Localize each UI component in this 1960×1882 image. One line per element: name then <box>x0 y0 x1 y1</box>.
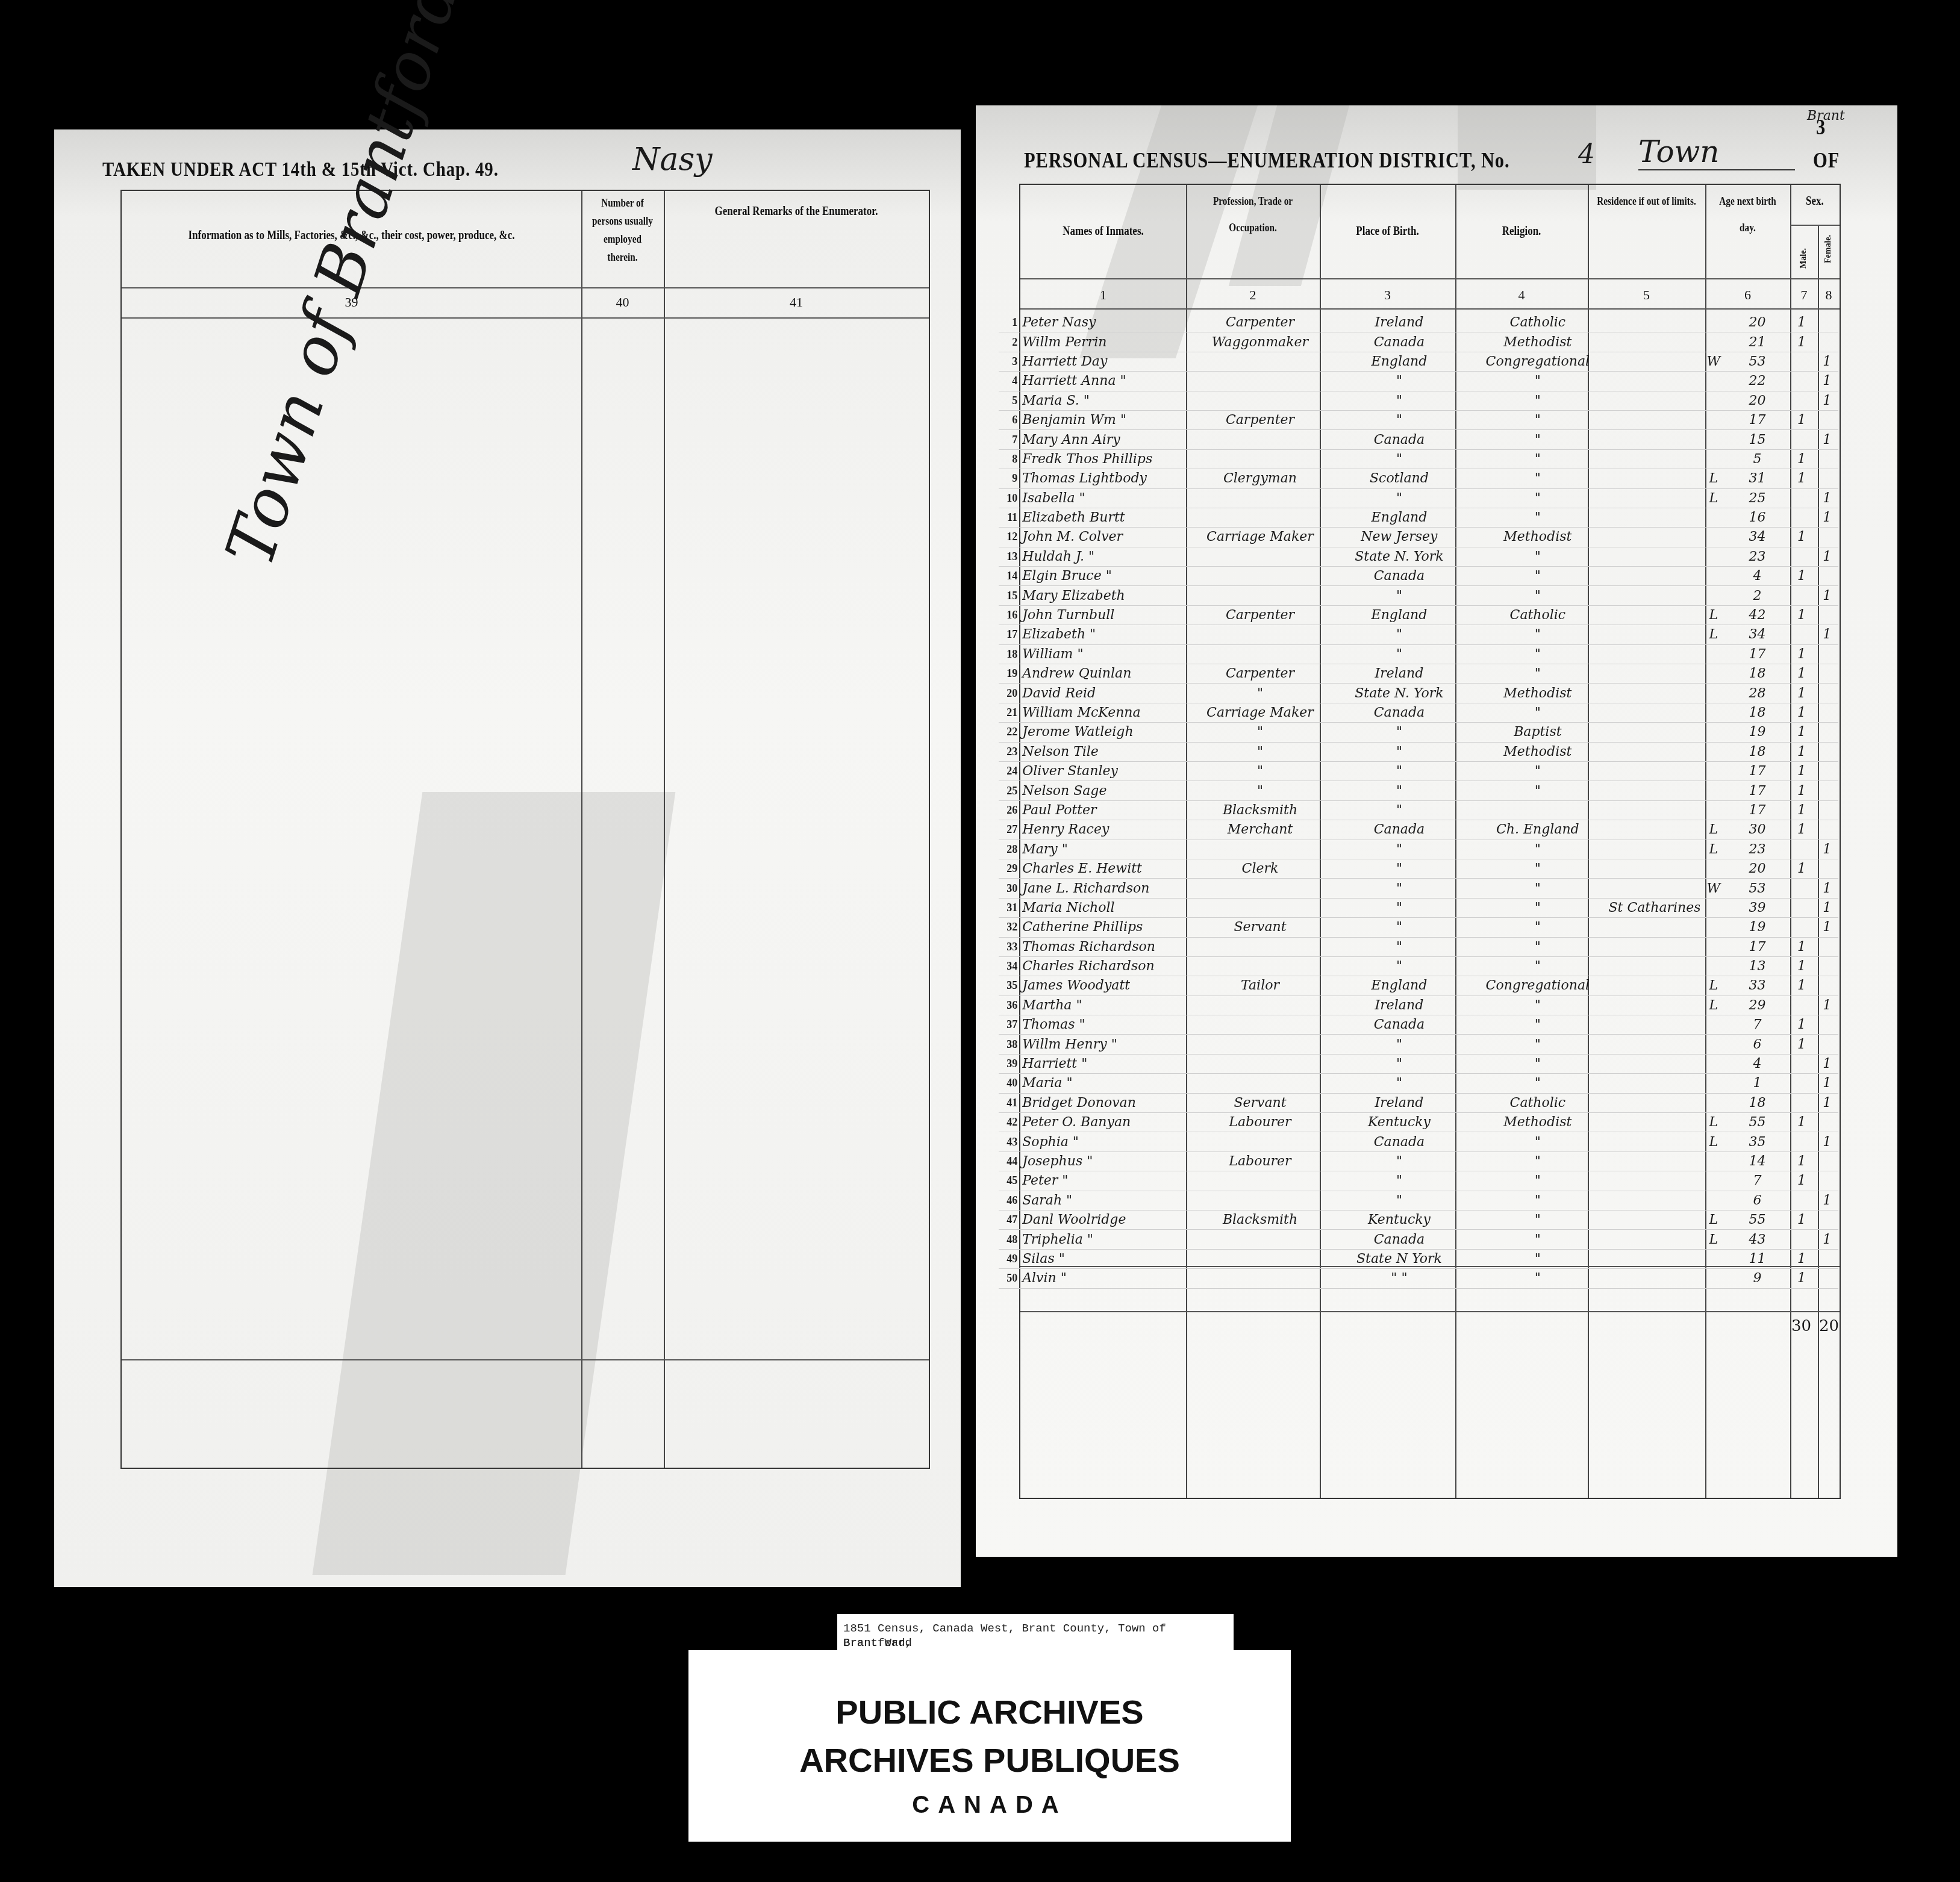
male-tally <box>1787 508 1816 527</box>
female-tally <box>1816 703 1838 722</box>
col-6-number: 6 <box>1705 287 1790 303</box>
row-number: 9 <box>999 469 1020 488</box>
census-row: 50Alvin "" ""91 <box>999 1269 1838 1288</box>
occupation: Tailor <box>1191 976 1329 996</box>
inmate-name: Thomas " <box>1020 1015 1191 1035</box>
birthplace: " <box>1329 1035 1470 1054</box>
marital-mark: L <box>1700 625 1728 644</box>
row-number: 35 <box>999 976 1020 996</box>
age: 20 <box>1727 313 1787 332</box>
residence <box>1606 1210 1700 1229</box>
age: 17 <box>1727 410 1787 429</box>
religion: Catholic <box>1469 1093 1606 1112</box>
inmate-name: Peter " <box>1020 1171 1191 1191</box>
female-tally <box>1816 605 1838 625</box>
religion: Methodist <box>1469 332 1606 352</box>
archive-line-french: ARCHIVES PUBLIQUES <box>688 1740 1291 1780</box>
inmate-name: Maria " <box>1020 1074 1191 1093</box>
male-tally: 1 <box>1787 1210 1816 1229</box>
occupation <box>1191 1035 1329 1054</box>
row-number: 23 <box>999 742 1020 761</box>
religion: Catholic <box>1469 313 1606 332</box>
marital-mark <box>1700 391 1728 410</box>
marital-mark: L <box>1700 996 1728 1015</box>
age: 13 <box>1727 956 1787 976</box>
male-tally <box>1787 840 1816 859</box>
inmate-name: Triphelia " <box>1020 1230 1191 1249</box>
row-number: 24 <box>999 761 1020 781</box>
occupation <box>1191 1191 1329 1210</box>
row-number: 38 <box>999 1035 1020 1054</box>
male-tally: 1 <box>1787 723 1816 742</box>
female-tally <box>1816 742 1838 761</box>
occupation: Carpenter <box>1191 664 1329 684</box>
marital-mark: L <box>1700 488 1728 508</box>
male-tally: 1 <box>1787 449 1816 469</box>
row-number: 1 <box>999 313 1020 332</box>
occupation <box>1191 625 1329 644</box>
birthplace: Kentucky <box>1329 1113 1470 1132</box>
birthplace: " <box>1329 644 1470 664</box>
birthplace: England <box>1329 508 1470 527</box>
left-header-handwritten: Nasy <box>632 142 713 178</box>
male-tally: 1 <box>1787 956 1816 976</box>
inmate-name: James Woodyatt <box>1020 976 1191 996</box>
occupation: Blacksmith <box>1191 800 1329 820</box>
marital-mark <box>1700 430 1728 449</box>
residence <box>1606 703 1700 722</box>
religion: " <box>1469 1074 1606 1093</box>
residence <box>1606 547 1700 566</box>
row-number: 20 <box>999 684 1020 703</box>
left-page: TAKEN UNDER ACT 14th & 15th Vict. Chap. … <box>54 129 961 1587</box>
religion: " <box>1469 449 1606 469</box>
male-tally: 1 <box>1787 644 1816 664</box>
inmate-name: Catherine Phillips <box>1020 918 1191 937</box>
religion: " <box>1469 430 1606 449</box>
birthplace: " <box>1329 761 1470 781</box>
religion: " <box>1469 391 1606 410</box>
male-tally <box>1787 1230 1816 1249</box>
birthplace: Canada <box>1329 1132 1470 1151</box>
male-tally: 1 <box>1787 820 1816 840</box>
birthplace: " <box>1329 372 1470 391</box>
census-row: 32Catherine PhillipsServant""191 <box>999 918 1838 937</box>
occupation: " <box>1191 742 1329 761</box>
religion: " <box>1469 879 1606 898</box>
residence <box>1606 996 1700 1015</box>
census-row: 38Willm Henry """61 <box>999 1035 1838 1054</box>
birthplace: Canada <box>1329 430 1470 449</box>
inmate-name: Elizabeth Burtt <box>1020 508 1191 527</box>
occupation <box>1191 547 1329 566</box>
inmate-name: Charles Richardson <box>1020 956 1191 976</box>
census-row: 6Benjamin Wm "Carpenter""171 <box>999 410 1838 429</box>
birthplace: " <box>1329 410 1470 429</box>
age: 17 <box>1727 644 1787 664</box>
marital-mark: L <box>1700 976 1728 996</box>
religion: " <box>1469 1210 1606 1229</box>
occupation <box>1191 488 1329 508</box>
birthplace: New Jersey <box>1329 528 1470 547</box>
residence <box>1606 313 1700 332</box>
residence <box>1606 372 1700 391</box>
occupation: Merchant <box>1191 820 1329 840</box>
religion: " <box>1469 1015 1606 1035</box>
col-4-number: 4 <box>1455 287 1588 303</box>
male-tally <box>1787 586 1816 605</box>
birthplace: " <box>1329 742 1470 761</box>
census-row: 34Charles Richardson""131 <box>999 956 1838 976</box>
male-tally: 1 <box>1787 1171 1816 1191</box>
inmate-name: Henry Racey <box>1020 820 1191 840</box>
religion: " <box>1469 625 1606 644</box>
religion: Methodist <box>1469 742 1606 761</box>
census-row: 2Willm PerrinWaggonmakerCanadaMethodist2… <box>999 332 1838 352</box>
inmate-name: Mary Elizabeth <box>1020 586 1191 605</box>
occupation <box>1191 1054 1329 1073</box>
female-tally: 1 <box>1816 352 1838 371</box>
residence <box>1606 625 1700 644</box>
census-row: 29Charles E. HewittClerk""201 <box>999 859 1838 878</box>
occupation: " <box>1191 781 1329 800</box>
inmate-name: Thomas Richardson <box>1020 937 1191 956</box>
marital-mark <box>1700 859 1728 878</box>
male-tally: 1 <box>1787 605 1816 625</box>
male-tally <box>1787 372 1816 391</box>
page-number: 3 <box>1816 114 1826 140</box>
female-tally <box>1816 800 1838 820</box>
census-row: 9Thomas LightbodyClergymanScotland"L311 <box>999 469 1838 488</box>
row-number: 27 <box>999 820 1020 840</box>
birthplace: " <box>1329 391 1470 410</box>
marital-mark: L <box>1700 1132 1728 1151</box>
marital-mark <box>1700 1035 1728 1054</box>
age: 55 <box>1727 1113 1787 1132</box>
residence <box>1606 586 1700 605</box>
census-row: 14Elgin Bruce "Canada"41 <box>999 567 1838 586</box>
residence <box>1606 469 1700 488</box>
female-tally <box>1816 781 1838 800</box>
female-tally: 1 <box>1816 1230 1838 1249</box>
census-row: 23Nelson Tile""Methodist181 <box>999 742 1838 761</box>
male-tally: 1 <box>1787 800 1816 820</box>
religion: " <box>1469 1132 1606 1151</box>
inmate-name: Maria S. " <box>1020 391 1191 410</box>
female-tally <box>1816 684 1838 703</box>
inmate-name: Paul Potter <box>1020 800 1191 820</box>
residence <box>1606 723 1700 742</box>
birthplace: " <box>1329 781 1470 800</box>
occupation <box>1191 1249 1329 1268</box>
row-number: 10 <box>999 488 1020 508</box>
female-tally <box>1816 1151 1838 1171</box>
male-tally <box>1787 918 1816 937</box>
birthplace: Canada <box>1329 332 1470 352</box>
residence <box>1606 488 1700 508</box>
male-tally: 1 <box>1787 1015 1816 1035</box>
age: 42 <box>1727 605 1787 625</box>
residence <box>1606 352 1700 371</box>
occupation: Servant <box>1191 1093 1329 1112</box>
female-tally <box>1816 1171 1838 1191</box>
age: 31 <box>1727 469 1787 488</box>
female-tally <box>1816 664 1838 684</box>
female-tally <box>1816 449 1838 469</box>
religion: Ch. England <box>1469 820 1606 840</box>
row-number: 29 <box>999 859 1020 878</box>
census-row: 41Bridget DonovanServantIrelandCatholic1… <box>999 1093 1838 1112</box>
religion: Catholic <box>1469 605 1606 625</box>
row-number: 50 <box>999 1269 1020 1288</box>
religion: " <box>1469 937 1606 956</box>
age: 28 <box>1727 684 1787 703</box>
row-number: 48 <box>999 1230 1020 1249</box>
occupation <box>1191 586 1329 605</box>
birthplace: Ireland <box>1329 1093 1470 1112</box>
male-tally: 1 <box>1787 976 1816 996</box>
residence <box>1606 430 1700 449</box>
census-row: 13Huldah J. "State N. York"231 <box>999 547 1838 566</box>
female-tally <box>1816 723 1838 742</box>
occupation: " <box>1191 723 1329 742</box>
census-row: 24Oliver Stanley"""171 <box>999 761 1838 781</box>
religion: Congregational <box>1469 352 1606 371</box>
col-residence-header: Residence if out of limits. <box>1597 188 1697 214</box>
marital-mark <box>1700 1249 1728 1268</box>
female-tally: 1 <box>1816 391 1838 410</box>
inmate-name: Charles E. Hewitt <box>1020 859 1191 878</box>
inmate-name: Elgin Bruce " <box>1020 567 1191 586</box>
male-tally: 1 <box>1787 742 1816 761</box>
marital-mark <box>1700 644 1728 664</box>
female-tally: 1 <box>1816 1054 1838 1073</box>
row-number: 4 <box>999 372 1020 391</box>
marital-mark: L <box>1700 605 1728 625</box>
birthplace: " <box>1329 723 1470 742</box>
religion: " <box>1469 567 1606 586</box>
birthplace: Canada <box>1329 1015 1470 1035</box>
row-number: 41 <box>999 1093 1020 1112</box>
female-tally: 1 <box>1816 840 1838 859</box>
col-birthplace-header: Place of Birth. <box>1330 218 1445 245</box>
census-row: 44Josephus "Labourer""141 <box>999 1151 1838 1171</box>
birthplace: Canada <box>1329 1230 1470 1249</box>
inmate-name: Peter O. Banyan <box>1020 1113 1191 1132</box>
age: 14 <box>1727 1151 1787 1171</box>
census-row: 7Mary Ann AiryCanada"151 <box>999 430 1838 449</box>
religion: " <box>1469 1230 1606 1249</box>
male-tally <box>1787 625 1816 644</box>
marital-mark <box>1700 1093 1728 1112</box>
inmate-name: Harriett Day <box>1020 352 1191 371</box>
total-female: 20 <box>1819 1317 1839 1335</box>
age: 4 <box>1727 1054 1787 1073</box>
male-tally <box>1787 996 1816 1015</box>
male-tally <box>1787 879 1816 898</box>
birthplace: " <box>1329 625 1470 644</box>
district-handwritten: Town <box>1638 134 1795 170</box>
female-tally: 1 <box>1816 996 1838 1015</box>
female-tally <box>1816 313 1838 332</box>
female-tally: 1 <box>1816 488 1838 508</box>
religion: " <box>1469 508 1606 527</box>
birthplace: " <box>1329 1074 1470 1093</box>
female-tally <box>1816 820 1838 840</box>
inmate-name: Willm Henry " <box>1020 1035 1191 1054</box>
male-tally: 1 <box>1787 664 1816 684</box>
female-tally: 1 <box>1816 372 1838 391</box>
occupation <box>1191 644 1329 664</box>
corner-note: Brant <box>1807 108 1845 123</box>
census-row: 15Mary Elizabeth""21 <box>999 586 1838 605</box>
census-row: 1Peter NasyCarpenterIrelandCatholic201 <box>999 313 1838 332</box>
marital-mark <box>1700 898 1728 917</box>
religion: " <box>1469 859 1606 878</box>
female-tally <box>1816 332 1838 352</box>
female-tally <box>1816 410 1838 429</box>
female-tally: 1 <box>1816 508 1838 527</box>
occupation <box>1191 1269 1329 1288</box>
col-40-header: Number of persons usually employed there… <box>587 194 657 266</box>
religion: Methodist <box>1469 684 1606 703</box>
age: 33 <box>1727 976 1787 996</box>
age: 2 <box>1727 586 1787 605</box>
census-row: 33Thomas Richardson""171 <box>999 937 1838 956</box>
inmate-name: Harriett Anna " <box>1020 372 1191 391</box>
religion: " <box>1469 918 1606 937</box>
residence <box>1606 956 1700 976</box>
age: 5 <box>1727 449 1787 469</box>
male-tally: 1 <box>1787 684 1816 703</box>
row-number: 43 <box>999 1132 1020 1151</box>
row-number: 47 <box>999 1210 1020 1229</box>
residence <box>1606 1132 1700 1151</box>
residence <box>1606 1113 1700 1132</box>
birthplace: Ireland <box>1329 664 1470 684</box>
religion: " <box>1469 586 1606 605</box>
age: 15 <box>1727 430 1787 449</box>
residence <box>1606 567 1700 586</box>
birthplace: " <box>1329 898 1470 917</box>
marital-mark <box>1700 723 1728 742</box>
birthplace: Canada <box>1329 567 1470 586</box>
occupation <box>1191 1230 1329 1249</box>
row-number: 13 <box>999 547 1020 566</box>
birthplace: " <box>1329 879 1470 898</box>
census-row: 26Paul PotterBlacksmith"171 <box>999 800 1838 820</box>
age: 18 <box>1727 1093 1787 1112</box>
marital-mark: L <box>1700 1113 1728 1132</box>
female-tally <box>1816 1035 1838 1054</box>
inmate-name: Isabella " <box>1020 488 1191 508</box>
inmate-name: Jerome Watleigh <box>1020 723 1191 742</box>
inmate-name: Harriett " <box>1020 1054 1191 1073</box>
inmate-name: Nelson Sage <box>1020 781 1191 800</box>
inmate-name: Jane L. Richardson <box>1020 879 1191 898</box>
row-number: 28 <box>999 840 1020 859</box>
marital-mark <box>1700 1074 1728 1093</box>
row-number: 45 <box>999 1171 1020 1191</box>
religion: " <box>1469 410 1606 429</box>
male-tally <box>1787 1074 1816 1093</box>
marital-mark <box>1700 567 1728 586</box>
occupation <box>1191 508 1329 527</box>
row-number: 49 <box>999 1249 1020 1268</box>
marital-mark <box>1700 703 1728 722</box>
occupation: Carpenter <box>1191 313 1329 332</box>
female-tally: 1 <box>1816 586 1838 605</box>
birthplace: " <box>1329 937 1470 956</box>
residence <box>1606 1074 1700 1093</box>
residence <box>1606 1269 1700 1288</box>
age: 17 <box>1727 800 1787 820</box>
residence <box>1606 1035 1700 1054</box>
residence: St Catharines <box>1606 898 1700 917</box>
residence <box>1606 937 1700 956</box>
birthplace: Scotland <box>1329 469 1470 488</box>
col-41-header: General Remarks of the Enumerator. <box>684 203 909 220</box>
age: 18 <box>1727 703 1787 722</box>
age: 43 <box>1727 1230 1787 1249</box>
religion: " <box>1469 781 1606 800</box>
religion: " <box>1469 1035 1606 1054</box>
inmate-name: Mary " <box>1020 840 1191 859</box>
age: 20 <box>1727 859 1787 878</box>
religion: " <box>1469 469 1606 488</box>
right-page: Brant 3 PERSONAL CENSUS—ENUMERATION DIST… <box>976 105 1897 1557</box>
age: 6 <box>1727 1191 1787 1210</box>
male-tally: 1 <box>1787 703 1816 722</box>
residence <box>1606 859 1700 878</box>
male-tally <box>1787 547 1816 566</box>
residence <box>1606 508 1700 527</box>
occupation <box>1191 956 1329 976</box>
census-row: 37Thomas "Canada"71 <box>999 1015 1838 1035</box>
row-number: 19 <box>999 664 1020 684</box>
residence <box>1606 1191 1700 1210</box>
occupation <box>1191 898 1329 917</box>
inmate-name: Willm Perrin <box>1020 332 1191 352</box>
census-row: 5Maria S. """201 <box>999 391 1838 410</box>
age: 34 <box>1727 625 1787 644</box>
female-tally: 1 <box>1816 547 1838 566</box>
col-occupation-header: Profession, Trade or Occupation. <box>1196 188 1310 241</box>
occupation <box>1191 1132 1329 1151</box>
inmate-name: Josephus " <box>1020 1151 1191 1171</box>
district-number: 4 <box>1578 139 1595 170</box>
inmate-name: Sophia " <box>1020 1132 1191 1151</box>
inmate-name: Huldah J. " <box>1020 547 1191 566</box>
occupation <box>1191 996 1329 1015</box>
census-row: 21William McKennaCarriage MakerCanada"18… <box>999 703 1838 722</box>
birthplace: " <box>1329 488 1470 508</box>
age: 6 <box>1727 1035 1787 1054</box>
residence <box>1606 644 1700 664</box>
col-age-header: Age next birth day. <box>1712 188 1784 241</box>
birthplace: " <box>1329 1171 1470 1191</box>
row-number: 33 <box>999 937 1020 956</box>
row-number: 12 <box>999 528 1020 547</box>
row-number: 11 <box>999 508 1020 527</box>
col-2-number: 2 <box>1186 287 1320 303</box>
row-number: 17 <box>999 625 1020 644</box>
age: 18 <box>1727 742 1787 761</box>
male-tally: 1 <box>1787 761 1816 781</box>
female-tally: 1 <box>1816 1093 1838 1112</box>
marital-mark <box>1700 332 1728 352</box>
age: 7 <box>1727 1015 1787 1035</box>
